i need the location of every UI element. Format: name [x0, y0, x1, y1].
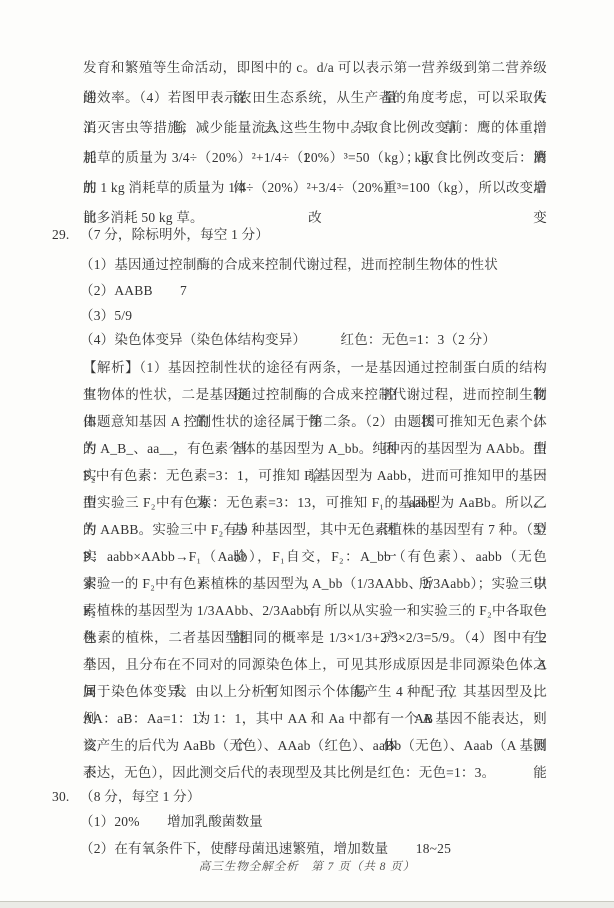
question-30-header: （8 分，每空 1 分）: [80, 784, 547, 810]
analysis-line: F₂中有色素：无色素=3：1，可推知 F₁基因型为 Aabb，进而可推知甲的基因…: [83, 462, 547, 489]
question-30-number: 30.: [52, 784, 80, 810]
q29-analysis-paragraph: 【解析】（1）基因控制性状的途径有两条，一是基因通过控制蛋白质的结构直接控制 生…: [83, 354, 547, 786]
text-line: 发育和繁殖等生命活动，即图中的 c。d/a 可以表示第一营养级到第二营养级的能量…: [83, 53, 547, 83]
analysis-line: 由实验三 F₂中有色素：无色素=3：13，可推知 F₁的基因型为 AaBb。所以…: [83, 489, 547, 516]
analysis-line: 【解析】（1）基因控制性状的途径有两条，一是基因通过控制蛋白质的结构直接控制: [83, 354, 547, 381]
q29-answer-item-2: （2）AABB 7: [80, 278, 547, 304]
analysis-line: P：aabb×AAbb→F₁（Aabb），F₁自交，F₂：A_bb（有色素）、a…: [83, 543, 547, 570]
text-line: 消灭害虫等措施，减少能量流入这些生物中。取食比例改变前：鹰的体重增加 1 kg …: [83, 113, 547, 143]
analysis-line: 由题意知基因 A 控制性状的途径属于第二条。（2）由题图可推知无色素个体的基因型: [83, 408, 547, 435]
analysis-line: 素植株的基因型为 1/3AAbb、2/3Aabb，所以从实验一和实验三的 F₂中…: [83, 597, 547, 624]
q29-answer-item-3: （3）5/9: [80, 303, 547, 329]
text-line: 加 1 kg 消耗草的质量为 1/4÷（20%）²+3/4÷（20%）³=100…: [83, 173, 547, 203]
analysis-line: 基因，且分布在不同对的同源染色体上，可见其形成原因是非同源染色体之间发生易位，: [83, 651, 547, 678]
page-footer: 高三生物全解全析 第 7 页（共 8 页）: [0, 858, 614, 874]
analysis-line: 表达，无色），因此测交后代的表现型及其比例是红色：无色=1：3。: [83, 759, 547, 786]
question-29-number: 29.: [52, 222, 80, 248]
q29-answer-item-4: （4）染色体变异（染色体结构变异） 红色：无色=1：3（2 分）: [80, 327, 547, 353]
analysis-line: 色素的植株，二者基因型相同的概率是 1/3×1/3+2/3×2/3=5/9。（4…: [83, 624, 547, 651]
analysis-line: 交产生的后代为 AaBb（无色）、AAab（红色）、aaBb（无色）、Aaab（…: [83, 732, 547, 759]
analysis-line: 为 AABB。实验三中 F₂有 9 种基因型，其中无色素植株的基因型有 7 种。…: [83, 516, 547, 543]
text-line: 递效率。（4）若图甲表示农田生态系统，从生产者的角度考虑，可以采取人工除去杂草，: [83, 83, 547, 113]
q29-answer-item-1: （1）基因通过控制酶的合成来控制代谢过程，进而控制生物体的性状: [80, 252, 547, 278]
text-line: 耗草的质量为 3/4÷（20%）²+1/4÷（20%）³=50（kg）；取食比例…: [83, 143, 547, 173]
analysis-line: 实验一的 F₂中有色素植株的基因型为 A_bb（1/3AAbb、2/3Aabb）…: [83, 570, 547, 597]
question-29-header: （7 分，除标明外，每空 1 分）: [80, 222, 547, 248]
analysis-line: AA：aB：Aa=1：1：1：1，其中 AA 和 Aa 中都有一个 A 基因不能…: [83, 705, 547, 732]
analysis-line: 生物体的性状，二是基因通过控制酶的合成来控制代谢过程，进而控制生物体的性状。: [83, 381, 547, 408]
analysis-line: 为 A_B_、aa__，有色素个体的基因型为 A_bb。纯种丙的基因型为 AAb…: [83, 435, 547, 462]
page-edge-shadow: [0, 901, 614, 908]
q28-answer-continuation: 发育和繁殖等生命活动，即图中的 c。d/a 可以表示第一营养级到第二营养级的能量…: [83, 53, 547, 233]
answer-sheet-page: 发育和繁殖等生命活动，即图中的 c。d/a 可以表示第一营养级到第二营养级的能量…: [0, 0, 614, 908]
q30-answer-item-1: （1）20% 增加乳酸菌数量: [80, 809, 547, 835]
analysis-line: 属于染色体变异。由以上分析可知图示个体能产生 4 种配子，其基因型及比例为 AB…: [83, 678, 547, 705]
